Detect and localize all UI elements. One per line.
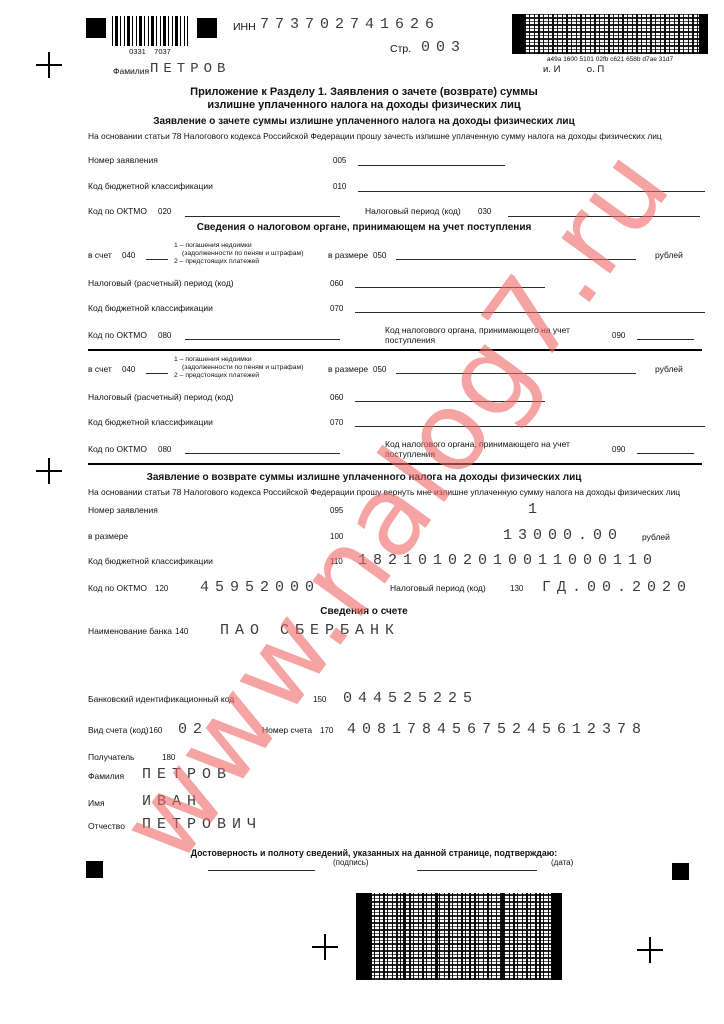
surname-top-label: Фамилия [113,66,149,76]
field-code-040: 040 [122,365,135,374]
account-type-label: Вид счета (код) [88,725,149,735]
surname-top-value: ПЕТРОВ [150,61,230,77]
field-code-110: 110 [330,557,343,566]
amount-label: в размере [328,250,368,260]
amount-label: в размере [328,364,368,374]
field-code-040: 040 [122,251,135,260]
crop-mark-plus-bottom-right [637,937,663,963]
application-number-label: Номер заявления [88,155,158,165]
currency-label: рублей [655,250,683,260]
refund-currency-label: рублей [642,532,670,542]
kbk-label-block: Код бюджетной классификации [88,303,213,313]
account-purpose-label: в счет [88,250,112,260]
offset-section-heading: Заявление о зачете суммы излишне уплачен… [34,116,694,127]
refund-kbk-value: 18210102010011000110 [358,552,658,569]
field-code-060: 060 [330,393,343,402]
field-line-020 [185,216,340,217]
organ-code-label-2: поступления [385,449,435,459]
field-code-080: 080 [158,331,171,340]
date-label: (дата) [551,858,573,867]
refund-basis-text: На основании статьи 78 Налогового кодекс… [88,487,680,497]
field-line-070 [355,312,705,313]
refund-amount-value: 13000.00 [503,527,623,544]
refund-kbk-label: Код бюджетной классификации [88,556,213,566]
account-purpose-label: в счет [88,364,112,374]
form-title-line1: Приложение к Разделу 1. Заявления о заче… [34,86,694,98]
form-barcode-icon [112,16,188,46]
field-line-090 [637,453,694,454]
field-code-150: 150 [313,695,326,704]
note-3: 2 – предстоящих платежей [174,258,259,265]
field-code-050: 050 [373,251,386,260]
field-line-060 [355,287,545,288]
field-line-040 [146,373,168,374]
settlement-period-label: Налоговый (расчетный) период (код) [88,278,234,288]
note-2: (задолженности по пеням и штрафам) [182,250,303,257]
refund-oktmo-label: Код по ОКТМО [88,583,147,593]
field-code-100: 100 [330,532,343,541]
recipient-name-label: Имя [88,798,105,808]
oktmo-label-block: Код по ОКТМО [88,330,147,340]
offset-basis-text: На основании статьи 78 Налогового кодекс… [88,131,662,141]
field-code-080: 080 [158,445,171,454]
oktmo-label-block: Код по ОКТМО [88,444,147,454]
field-code-140: 140 [175,627,188,636]
organ-code-label-2: поступления [385,335,435,345]
inn-label: ИНН [233,21,256,33]
refund-period-label: Налоговый период (код) [390,583,486,593]
pdf417-barcode-icon [512,14,708,54]
kbk-label-block: Код бюджетной классификации [88,417,213,427]
tax-period-label: Налоговый период (код) [365,206,461,216]
tax-form-page: www.nalog7.ru 0331 7037 ИНН 773702741626… [0,0,724,1024]
page-number-value: 003 [421,39,466,56]
inn-value: 773702741626 [260,16,440,33]
initials-text: и. И о. П [543,64,604,75]
bik-label: Банковский идентификационный код [88,694,234,704]
field-code-020: 020 [158,207,171,216]
field-line-070 [355,426,705,427]
date-line [417,870,537,871]
field-line-050 [396,373,636,374]
account-number-value: 40817845675245612378 [347,721,647,738]
field-line-050 [396,259,636,260]
field-code-090: 090 [612,445,625,454]
recipient-patronymic-value: ПЕТРОВИЧ [142,816,262,833]
section-divider [88,349,702,351]
field-line-060 [355,401,545,402]
tax-organ-section-heading: Сведения о налоговом органе, принимающем… [34,222,694,233]
field-code-130: 130 [510,584,523,593]
field-code-070: 070 [330,304,343,313]
refund-oktmo-value: 45952000 [200,579,320,596]
field-code-160: 160 [149,726,162,735]
field-line-080 [185,339,340,340]
field-code-030: 030 [478,207,491,216]
field-code-005: 005 [333,156,346,165]
page-number-label: Стр. [390,43,411,55]
registration-square-bottom-left [86,861,103,878]
bik-value: 044525225 [343,690,478,707]
field-code-095: 095 [330,506,343,515]
signature-label: (подпись) [333,858,369,867]
note-1: 1 – погашения недоимки [174,242,252,249]
settlement-period-label: Налоговый (расчетный) период (код) [88,392,234,402]
signature-line [208,870,315,871]
account-section-heading: Сведения о счете [34,606,694,617]
refund-amount-label: в размере [88,531,128,541]
recipient-surname-value: ПЕТРОВ [142,766,232,783]
pdf417-barcode-bottom-icon [356,893,562,980]
registration-square-bottom-right [672,863,689,880]
account-number-label: Номер счета [262,725,312,735]
organ-code-label-1: Код налогового органа, принимающего на у… [385,325,570,335]
field-code-170: 170 [320,726,333,735]
crop-mark-plus-bottom-center [312,934,338,960]
pdf417-caption: a49a 1600 5101 02fb c621 658b d7ae 31d7 [506,56,714,63]
field-line-005 [358,165,505,166]
field-line-040 [146,259,168,260]
recipient-name-value: ИВАН [142,793,202,810]
refund-application-number-value: 1 [528,501,543,518]
registration-square-top-left [86,18,106,38]
field-line-030 [508,216,700,217]
oktmo-label: Код по ОКТМО [88,206,147,216]
bank-name-label: Наименование банка [88,626,172,636]
field-line-010 [358,191,705,192]
field-code-090: 090 [612,331,625,340]
form-title-line2: излишне уплаченного налога на доходы физ… [34,99,694,111]
account-type-value: 02 [178,721,208,738]
organ-code-label-1: Код налогового органа, принимающего на у… [385,439,570,449]
field-code-050: 050 [373,365,386,374]
note-2: (задолженности по пеням и штрафам) [182,364,303,371]
confirmation-text: Достоверность и полноту сведений, указан… [44,848,704,858]
field-line-080 [185,453,340,454]
form-barcode-digits: 0331 7037 [106,47,194,56]
field-code-180: 180 [162,753,175,762]
refund-section-heading: Заявление о возврате суммы излишне уплач… [34,472,694,483]
crop-mark-plus-top-left [36,52,62,78]
kbk-label: Код бюджетной классификации [88,181,213,191]
recipient-label: Получатель [88,752,134,762]
refund-period-value: ГД.00.2020 [542,579,692,596]
field-code-060: 060 [330,279,343,288]
field-code-070: 070 [330,418,343,427]
registration-square-top-left-2 [197,18,217,38]
field-code-010: 010 [333,182,346,191]
field-line-090 [637,339,694,340]
note-1: 1 – погашения недоимки [174,356,252,363]
recipient-patronymic-label: Отчество [88,821,125,831]
refund-application-number-label: Номер заявления [88,505,158,515]
field-code-120: 120 [155,584,168,593]
currency-label: рублей [655,364,683,374]
note-3: 2 – предстоящих платежей [174,372,259,379]
bank-name-value: ПАО СБЕРБАНК [220,622,400,639]
section-divider [88,463,702,465]
recipient-surname-label: Фамилия [88,771,124,781]
